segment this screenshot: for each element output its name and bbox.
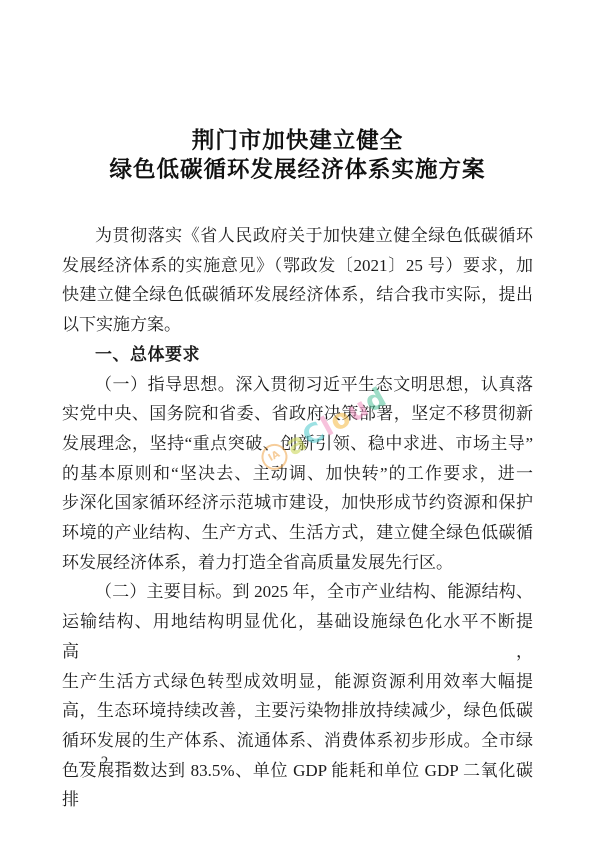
section-heading: 一、总体要求 — [62, 340, 533, 370]
body-line: 实党中央、国务院和省委、省政府决策部署，坚定不移贯彻新 — [62, 399, 533, 429]
body-line: 步深化国家循环经济示范城市建设，加快形成节约资源和保护 — [62, 488, 533, 518]
document-page: 荆门市加快建立健全 绿色低碳循环发展经济体系实施方案 为贯彻落实《省人民政府关于… — [0, 0, 595, 841]
document-title-line2: 绿色低碳循环发展经济体系实施方案 — [62, 156, 533, 185]
body-line: 发展经济体系的实施意见》（鄂政发〔2021〕25 号）要求，加 — [62, 251, 533, 281]
body-line: 色发展指数达到 83.5%、单位 GDP 能耗和单位 GDP 二氧化碳排 — [62, 756, 533, 815]
body-line: 快建立健全绿色低碳循环发展经济体系，结合我市实际，提出 — [62, 280, 533, 310]
body-line: （二）主要目标。到 2025 年，全市产业结构、能源结构、 — [62, 577, 533, 607]
body-line: 运输结构、用地结构明显优化，基础设施绿色化水平不断提高， — [62, 607, 533, 666]
body-line: 发展理念，坚持“重点突破、创新引领、稳中求进、市场主导” — [62, 429, 533, 459]
body-line: （一）指导思想。深入贯彻习近平生态文明思想，认真落 — [62, 370, 533, 400]
body-line: 循环发展的生产体系、流通体系、消费体系初步形成。全市绿 — [62, 726, 533, 756]
document-title-line1: 荆门市加快建立健全 — [62, 127, 533, 156]
document-body: 为贯彻落实《省人民政府关于加快建立健全绿色低碳循环 发展经济体系的实施意见》（鄂… — [62, 221, 533, 815]
body-line: 以下实施方案。 — [62, 310, 533, 340]
page-number: — 2 — — [79, 754, 132, 771]
document-title: 荆门市加快建立健全 绿色低碳循环发展经济体系实施方案 — [62, 127, 533, 184]
body-line: 环发展经济体系，着力打造全省高质量发展先行区。 — [62, 548, 533, 578]
body-line: 环境的产业结构、生产方式、生活方式，建立健全绿色低碳循 — [62, 518, 533, 548]
body-line: 生产生活方式绿色转型成效明显，能源资源利用效率大幅提 — [62, 667, 533, 697]
body-line: 高，生态环境持续改善，主要污染物排放持续减少，绿色低碳 — [62, 696, 533, 726]
body-line: 为贯彻落实《省人民政府关于加快建立健全绿色低碳循环 — [62, 221, 533, 251]
body-line: 的基本原则和“坚决去、主动调、加快转”的工作要求，进一 — [62, 459, 533, 489]
